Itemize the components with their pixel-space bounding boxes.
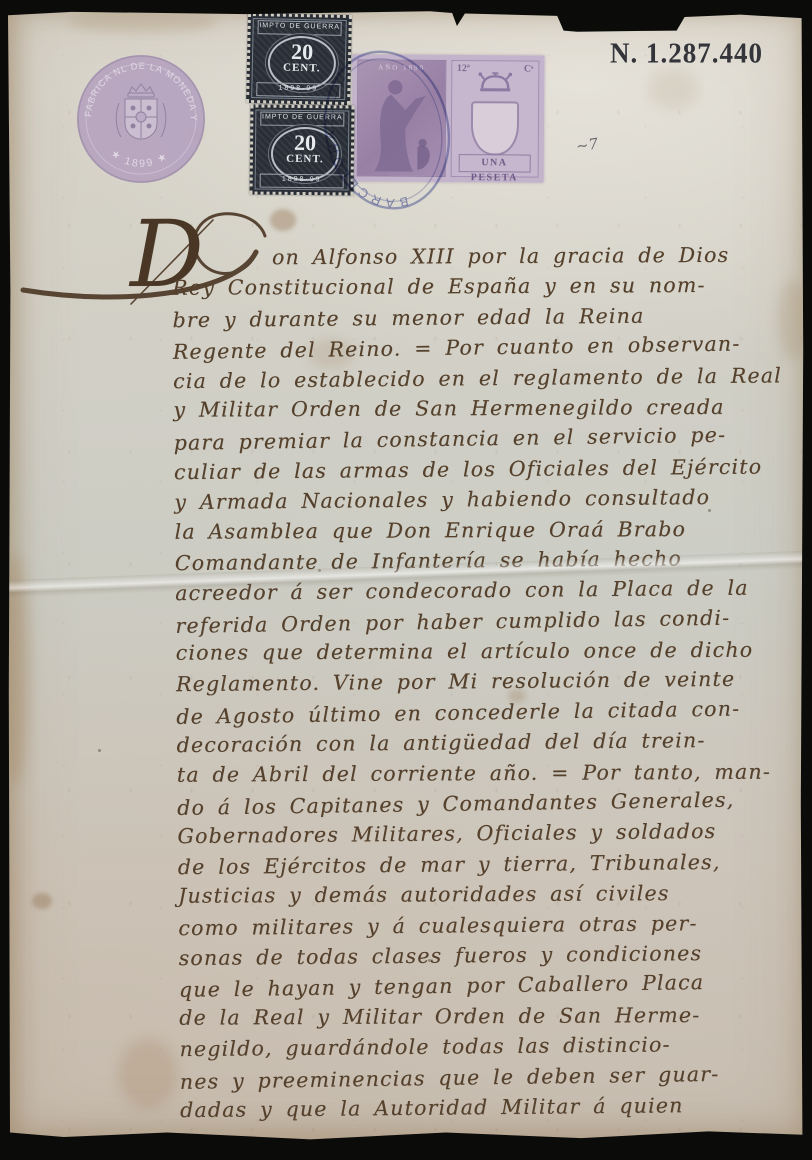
- notary-oval-stamp: BARCELONA: [305, 38, 467, 224]
- manuscript-body: Don Alfonso XIII por la gracia de Dios R…: [172, 238, 804, 1126]
- manuscript-line: de la Real y Militar Orden de San Herme-: [179, 999, 804, 1033]
- speck: [98, 749, 101, 752]
- manuscript-line: Justicias y demás autoridades así civile…: [178, 877, 804, 911]
- stamp-header: IMPTO DE GUERRA: [258, 20, 342, 36]
- blank-shield: [470, 101, 519, 155]
- stain: [32, 893, 52, 909]
- manuscript-line: la Asamblea que Don Enrique Oraá Brabo: [174, 513, 804, 547]
- peseta-value-box: UNA PESETA: [458, 154, 531, 173]
- cents-label: Cˢ: [524, 64, 533, 75]
- manuscript-line: ciones que determina el artículo once de…: [176, 634, 804, 668]
- paper-sheet: FABRICA NL DE LA MONEDA Y TIMBRE ★ 1899 …: [8, 9, 804, 1145]
- document-photo: FABRICA NL DE LA MONEDA Y TIMBRE ★ 1899 …: [0, 0, 812, 1160]
- manuscript-line: de los Ejércitos de mar y tierra, Tribun…: [178, 846, 804, 883]
- serial-number: N. 1.287.440: [610, 35, 763, 71]
- crown-icon: [472, 69, 518, 95]
- stain: [118, 1039, 178, 1109]
- stain: [648, 69, 698, 109]
- pencil-mark: ~7: [575, 135, 599, 156]
- mint-seal-icon: FABRICA NL DE LA MONEDA Y TIMBRE ★ 1899 …: [75, 53, 207, 185]
- overprint-city-text: BARCELONA: [321, 114, 410, 223]
- manuscript-line: y Armada Nacionales y habiendo consultad…: [174, 481, 804, 518]
- manuscript-line-text: on Alfonso XIII por la gracia de Dios: [272, 243, 729, 269]
- stain: [8, 554, 30, 784]
- stain: [68, 11, 218, 33]
- manuscript-lines: Rey Constitucional de España y en su nom…: [172, 268, 804, 1125]
- manuscript-line: Don Alfonso XIII por la gracia de Dios: [172, 239, 804, 273]
- manuscript-line: Rey Constitucional de España y en su nom…: [172, 270, 804, 304]
